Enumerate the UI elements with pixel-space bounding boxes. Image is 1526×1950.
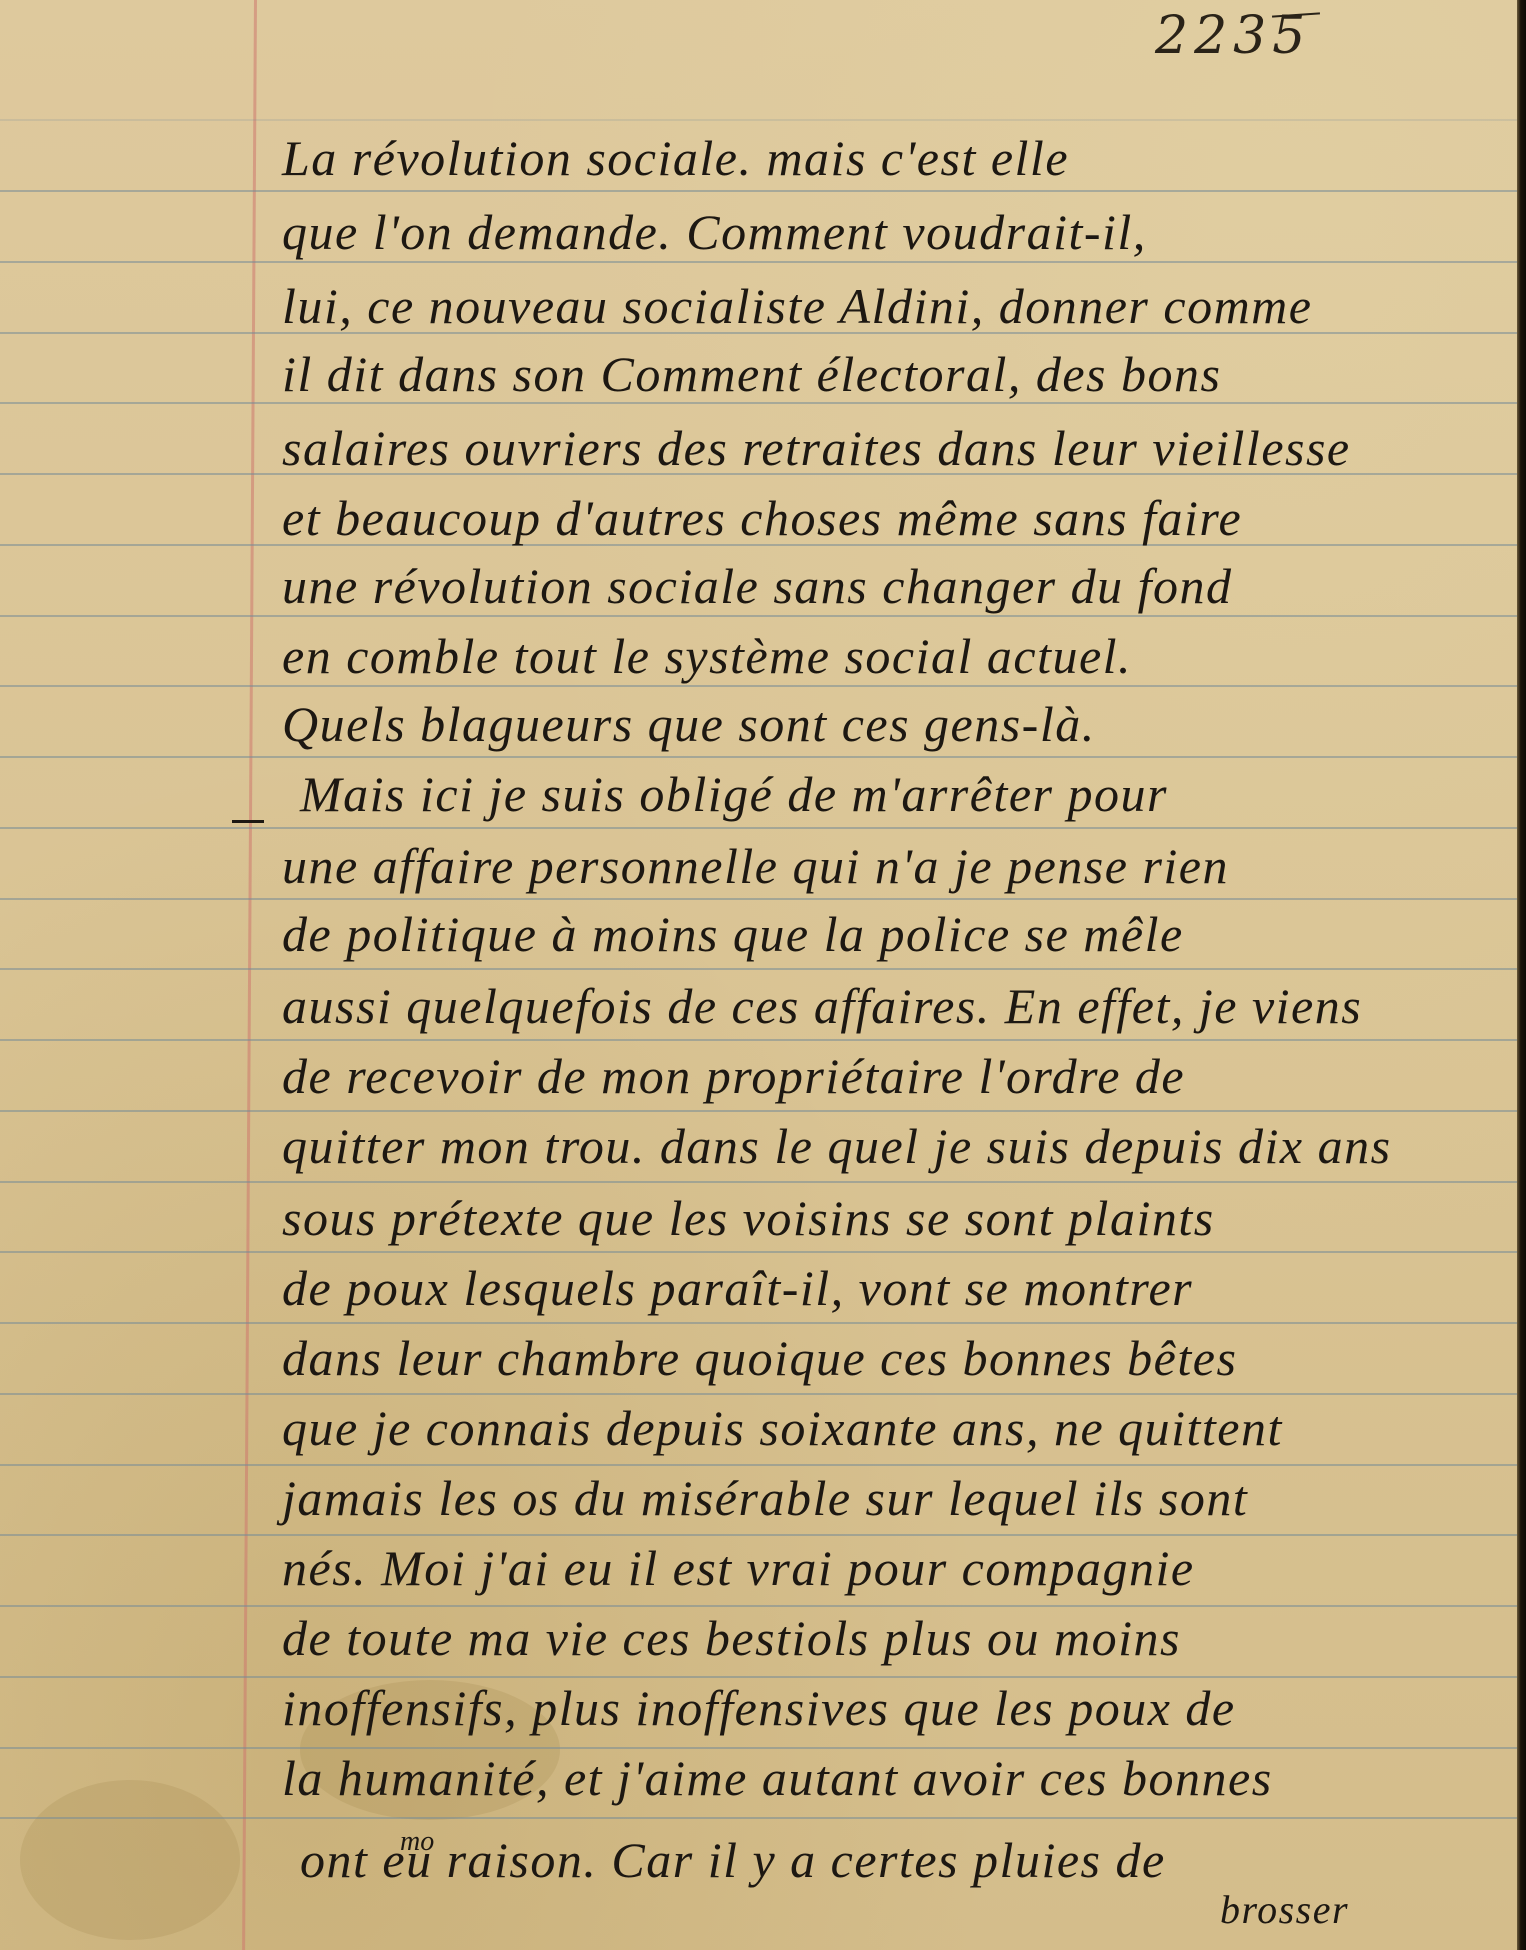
text-line: en comble tout le système social actuel. bbox=[282, 626, 1502, 686]
paper-stain bbox=[20, 1780, 240, 1940]
text-line: Mais ici je suis obligé de m'arrêter pou… bbox=[300, 764, 1520, 824]
text-line: sous prétexte que les voisins se sont pl… bbox=[282, 1188, 1502, 1248]
text-line: Quels blagueurs que sont ces gens-là. bbox=[282, 694, 1502, 754]
ruled-line bbox=[0, 190, 1517, 192]
text-line: dans leur chambre quoique ces bonnes bêt… bbox=[282, 1328, 1502, 1388]
text-line: de politique à moins que la police se mê… bbox=[282, 904, 1502, 964]
ruled-line bbox=[0, 1251, 1517, 1253]
page-edge-shadow bbox=[1517, 0, 1526, 1950]
manuscript-page: 2235 La révolution sociale. mais c'est e… bbox=[0, 0, 1517, 1950]
text-line: jamais les os du misérable sur lequel il… bbox=[282, 1468, 1502, 1528]
text-line: brosser bbox=[1220, 1880, 1500, 1940]
ruled-line bbox=[0, 119, 1517, 121]
text-line: inoffensifs, plus inoffensives que les p… bbox=[282, 1678, 1502, 1738]
text-line: quitter mon trou. dans le quel je suis d… bbox=[282, 1116, 1502, 1176]
text-line: salaires ouvriers des retraites dans leu… bbox=[282, 418, 1502, 478]
ruled-line bbox=[0, 1817, 1517, 1819]
text-line: La révolution sociale. mais c'est elle bbox=[282, 128, 1502, 188]
text-line: une affaire personnelle qui n'a je pense… bbox=[282, 836, 1502, 896]
ruled-line bbox=[0, 898, 1517, 900]
text-line: lui, ce nouveau socialiste Aldini, donne… bbox=[282, 276, 1502, 336]
text-line: la humanité, et j'aime autant avoir ces … bbox=[282, 1748, 1502, 1808]
text-line: une révolution sociale sans changer du f… bbox=[282, 556, 1502, 616]
text-line: que l'on demande. Comment voudrait-il, bbox=[282, 202, 1502, 262]
insertion-superscript: mo bbox=[400, 1826, 434, 1858]
ruled-line bbox=[0, 1464, 1517, 1466]
text-line: et beaucoup d'autres choses même sans fa… bbox=[282, 488, 1502, 548]
text-line: de toute ma vie ces bestiols plus ou moi… bbox=[282, 1608, 1502, 1668]
ruled-line bbox=[0, 1393, 1517, 1395]
text-line: il dit dans son Comment électoral, des b… bbox=[282, 344, 1502, 404]
ruled-line bbox=[0, 1110, 1517, 1112]
text-line: de recevoir de mon propriétaire l'ordre … bbox=[282, 1046, 1502, 1106]
ruled-line bbox=[0, 1605, 1517, 1607]
text-line: de poux lesquels paraît-il, vont se mont… bbox=[282, 1258, 1502, 1318]
ruled-line bbox=[0, 756, 1517, 758]
ruled-line bbox=[0, 1181, 1517, 1183]
ruled-line bbox=[0, 968, 1517, 970]
text-line: que je connais depuis soixante ans, ne q… bbox=[282, 1398, 1502, 1458]
ruled-line bbox=[0, 1039, 1517, 1041]
ruled-line bbox=[0, 1534, 1517, 1536]
text-line: nés. Moi j'ai eu il est vrai pour compag… bbox=[282, 1538, 1502, 1598]
margin-line bbox=[242, 0, 257, 1950]
text-line: aussi quelquefois de ces affaires. En ef… bbox=[282, 976, 1502, 1036]
paragraph-dash bbox=[232, 820, 264, 823]
ruled-line bbox=[0, 1322, 1517, 1324]
ruled-line bbox=[0, 827, 1517, 829]
